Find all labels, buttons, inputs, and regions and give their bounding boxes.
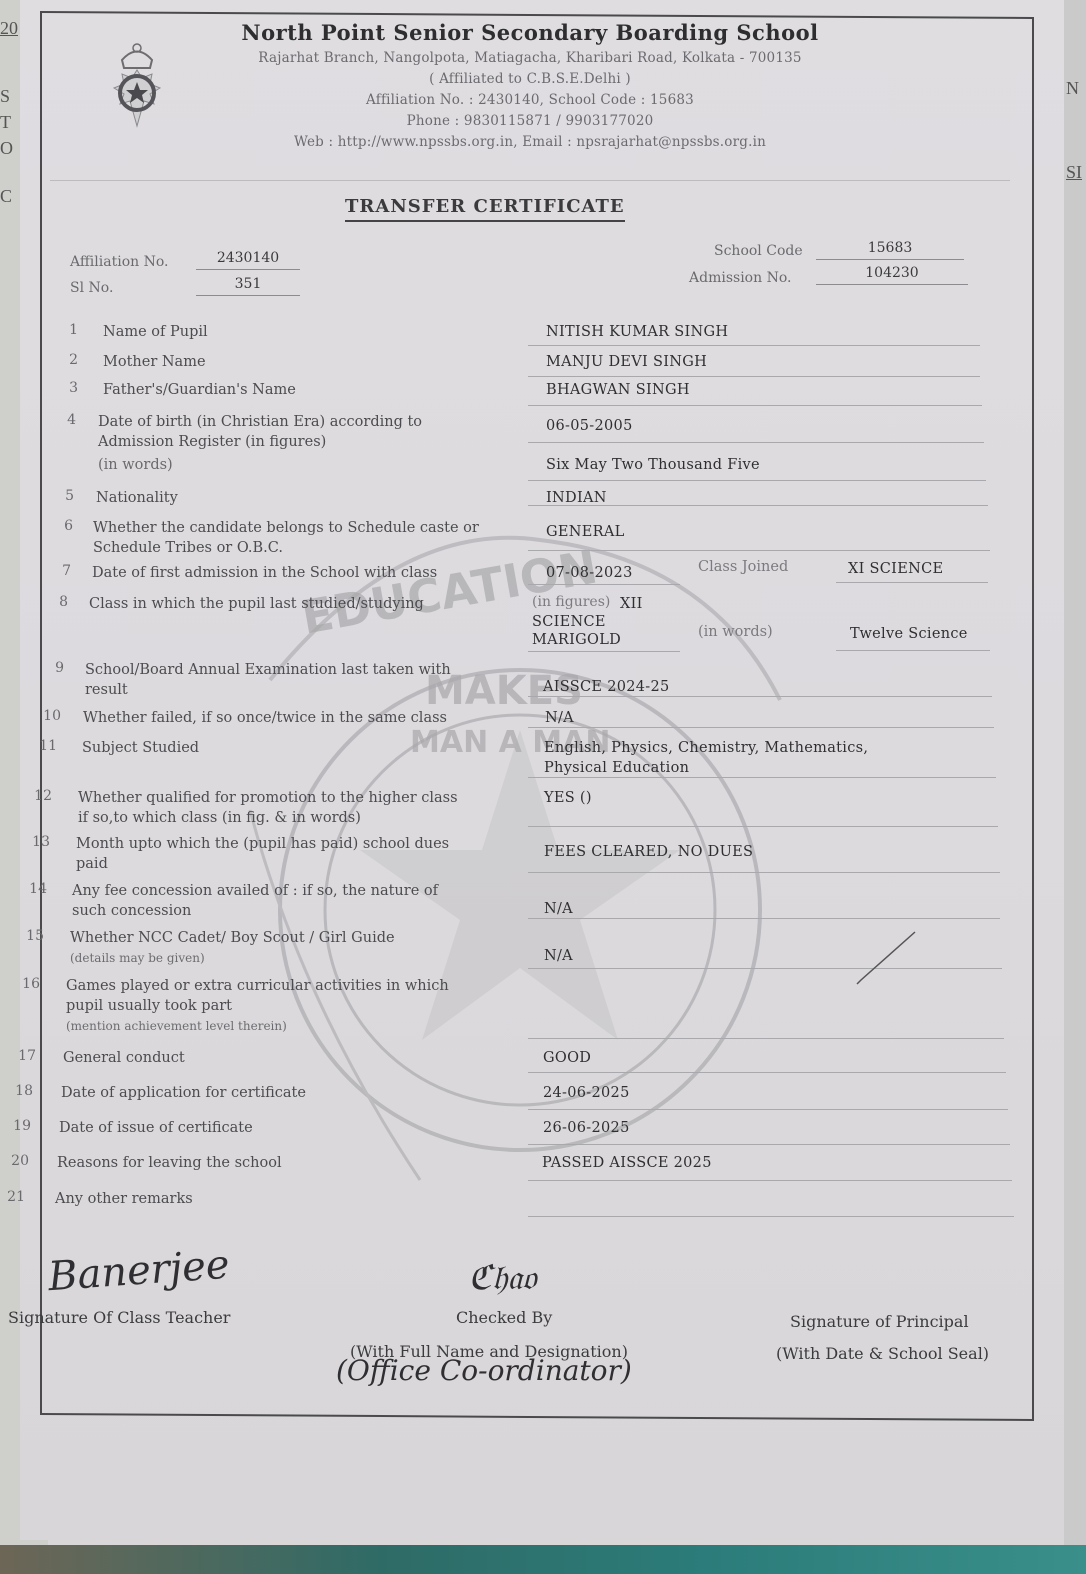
field-underline xyxy=(528,584,680,585)
field-label-line: Mother Name xyxy=(103,352,206,372)
school-code-label: School Code xyxy=(714,243,803,259)
field-value: 06-05-2005 xyxy=(546,416,633,436)
field-number: 10 xyxy=(39,708,61,724)
field-label: Date of first admission in the School wi… xyxy=(92,563,437,583)
field-label: Whether NCC Cadet/ Boy Scout / Girl Guid… xyxy=(70,928,395,968)
field-number: 13 xyxy=(28,834,50,850)
field-underline xyxy=(836,582,988,583)
field-extra-label: Class Joined xyxy=(698,559,788,575)
field-label-line: such concession xyxy=(72,901,438,921)
field-label-line: paid xyxy=(76,854,449,874)
field-number: 7 xyxy=(49,563,71,579)
field-label: General conduct xyxy=(63,1048,185,1068)
field-underline xyxy=(836,650,990,651)
field-label: Mother Name xyxy=(103,352,206,372)
field-number: 21 xyxy=(3,1189,25,1205)
field-underline xyxy=(528,1216,1014,1217)
background-page-right: N SI xyxy=(1064,0,1086,1574)
field-label-line: Date of application for certificate xyxy=(61,1083,306,1103)
field-value: Six May Two Thousand Five xyxy=(546,455,760,475)
field-label: Whether qualified for promotion to the h… xyxy=(78,788,458,828)
field-value: Physical Education xyxy=(544,758,689,778)
field-label-line: Admission Register (in figures) xyxy=(98,432,422,452)
field-underline xyxy=(528,1072,1006,1073)
field-underline xyxy=(528,550,990,551)
header-divider xyxy=(50,180,1010,181)
field-value: N/A xyxy=(545,708,574,728)
field-label-line: Date of birth (in Christian Era) accordi… xyxy=(98,412,422,432)
field-underline xyxy=(528,376,980,377)
field-label-line: General conduct xyxy=(63,1048,185,1068)
affiliation-note: ( Affiliated to C.B.S.E.Delhi ) xyxy=(200,71,860,87)
school-crest-icon xyxy=(102,38,172,133)
field-label: Subject Studied xyxy=(82,738,199,758)
field-label-line: (details may be given) xyxy=(70,948,395,968)
edge-fragment: N xyxy=(1066,78,1079,99)
field-label: Any other remarks xyxy=(55,1189,193,1209)
field-label-line: Schedule Tribes or O.B.C. xyxy=(93,538,479,558)
field-number: 18 xyxy=(11,1083,33,1099)
school-header: North Point Senior Secondary Boarding Sc… xyxy=(200,20,860,150)
field-value: GOOD xyxy=(543,1048,591,1068)
pen-tick-icon xyxy=(855,930,935,990)
field-value: 07-08-2023 xyxy=(546,563,633,583)
field-value: SCIENCE xyxy=(532,612,606,632)
checked-by-signature: ℭ𝔥𝔞𝔬 xyxy=(468,1258,536,1298)
field-label: Date of issue of certificate xyxy=(59,1118,253,1138)
field-label-line: Whether qualified for promotion to the h… xyxy=(78,788,458,808)
field-number: 5 xyxy=(52,488,74,504)
field-underline xyxy=(528,696,992,697)
field-value: PASSED AISSCE 2025 xyxy=(542,1153,712,1173)
edge-fragment: O xyxy=(0,138,13,159)
field-label-line: Reasons for leaving the school xyxy=(57,1153,282,1173)
school-code-value: 15683 xyxy=(816,240,964,260)
field-label-line: Class in which the pupil last studied/st… xyxy=(89,594,424,614)
field-number: 6 xyxy=(51,518,73,534)
field-label: Nationality xyxy=(96,488,178,508)
field-label: Date of application for certificate xyxy=(61,1083,306,1103)
field-label-line: Father's/Guardian's Name xyxy=(103,380,296,400)
field-underline xyxy=(528,345,980,346)
field-label-line: Date of issue of certificate xyxy=(59,1118,253,1138)
field-label-line: Games played or extra curricular activit… xyxy=(66,976,449,996)
field-underline xyxy=(528,1109,1008,1110)
field-number: 1 xyxy=(56,322,78,338)
field-label: Month upto which the (pupil has paid) sc… xyxy=(76,834,449,874)
field-label: Father's/Guardian's Name xyxy=(103,380,296,400)
school-name: North Point Senior Secondary Boarding Sc… xyxy=(200,20,860,45)
background-fabric xyxy=(0,1545,1086,1574)
field-number: 19 xyxy=(9,1118,31,1134)
field-label-line: Whether the candidate belongs to Schedul… xyxy=(93,518,479,538)
field-value: XII xyxy=(620,594,643,614)
admission-no-label: Admission No. xyxy=(689,270,791,286)
field-label-line: Whether NCC Cadet/ Boy Scout / Girl Guid… xyxy=(70,928,395,948)
field-underline xyxy=(528,826,998,827)
field-value: 24-06-2025 xyxy=(543,1083,630,1103)
affiliation-no-label: Affiliation No. xyxy=(70,254,168,270)
field-underline xyxy=(528,1180,1012,1181)
edge-fragment: SI xyxy=(1066,162,1082,183)
field-extra-label: (in words) xyxy=(698,624,773,640)
school-address: Rajarhat Branch, Nangolpota, Matiagacha,… xyxy=(200,50,860,66)
field-extra-value: Twelve Science xyxy=(850,624,968,644)
field-underline xyxy=(528,405,982,406)
checked-by-designation: (Office Co-ordinator) xyxy=(336,1354,632,1387)
sl-no-value: 351 xyxy=(196,276,300,296)
field-underline xyxy=(528,1144,1010,1145)
field-underline xyxy=(528,727,994,728)
field-label: Reasons for leaving the school xyxy=(57,1153,282,1173)
field-number: 8 xyxy=(46,594,68,610)
field-number: 9 xyxy=(42,660,64,676)
field-number: 15 xyxy=(22,928,44,944)
field-value: YES () xyxy=(544,788,592,808)
field-number: 20 xyxy=(7,1153,29,1169)
field-underline xyxy=(528,505,988,506)
field-underline xyxy=(528,480,986,481)
web-email-line: Web : http://www.npssbs.org.in, Email : … xyxy=(200,134,860,150)
edge-fragment: C xyxy=(0,186,12,207)
field-value: English, Physics, Chemistry, Mathematics… xyxy=(544,738,868,758)
field-extra-value: XI SCIENCE xyxy=(848,559,943,579)
field-label: Any fee concession availed of : if so, t… xyxy=(72,881,438,921)
field-label-line: School/Board Annual Examination last tak… xyxy=(85,660,451,680)
field-label-line: Month upto which the (pupil has paid) sc… xyxy=(76,834,449,854)
field-label: Class in which the pupil last studied/st… xyxy=(89,594,424,614)
field-number: 17 xyxy=(14,1048,36,1064)
page-title: TRANSFER CERTIFICATE xyxy=(345,196,625,222)
field-label-line: Any other remarks xyxy=(55,1189,193,1209)
field-label: Whether failed, if so once/twice in the … xyxy=(83,708,447,728)
principal-signature-label: Signature of Principal xyxy=(790,1312,969,1331)
field-label-line: Name of Pupil xyxy=(103,322,208,342)
edge-fragment: T xyxy=(0,112,11,133)
field-label: (in words) xyxy=(98,455,173,475)
sl-no-label: Sl No. xyxy=(70,280,113,296)
field-value: MARIGOLD xyxy=(532,630,621,650)
field-label-line: Whether failed, if so once/twice in the … xyxy=(83,708,447,728)
field-underline xyxy=(528,872,1000,873)
edge-fragment: S xyxy=(0,86,10,107)
field-value: BHAGWAN SINGH xyxy=(546,380,690,400)
field-value: 26-06-2025 xyxy=(543,1118,630,1138)
field-number: 3 xyxy=(56,380,78,396)
field-number: 12 xyxy=(30,788,52,804)
affiliation-line: Affiliation No. : 2430140, School Code :… xyxy=(200,92,860,108)
field-label: School/Board Annual Examination last tak… xyxy=(85,660,451,700)
field-number: 4 xyxy=(54,412,76,428)
field-label-line: Nationality xyxy=(96,488,178,508)
field-label-line: if so,to which class (in fig. & in words… xyxy=(78,808,458,828)
field-label-line: result xyxy=(85,680,451,700)
field-value: AISSCE 2024-25 xyxy=(543,677,670,697)
field-label: Whether the candidate belongs to Schedul… xyxy=(93,518,479,558)
affiliation-no-value: 2430140 xyxy=(196,250,300,270)
field-underline xyxy=(528,777,996,778)
edge-fragment: 20 xyxy=(0,18,18,39)
field-underline xyxy=(528,442,984,443)
field-underline xyxy=(528,918,1000,919)
class-teacher-signature-label: Signature Of Class Teacher xyxy=(8,1308,230,1327)
phone-line: Phone : 9830115871 / 9903177020 xyxy=(200,113,860,129)
field-value-prefix: (in figures) xyxy=(532,594,610,610)
field-value: FEES CLEARED, NO DUES xyxy=(544,842,753,862)
checked-by-label: Checked By xyxy=(456,1308,552,1327)
field-number: 16 xyxy=(18,976,40,992)
field-value: NITISH KUMAR SINGH xyxy=(546,322,728,342)
field-underline xyxy=(528,651,680,652)
field-number: 2 xyxy=(56,352,78,368)
field-label: Name of Pupil xyxy=(103,322,208,342)
field-value: MANJU DEVI SINGH xyxy=(546,352,707,372)
field-label-line: Date of first admission in the School wi… xyxy=(92,563,437,583)
field-value: N/A xyxy=(544,946,573,966)
field-label-line: Subject Studied xyxy=(82,738,199,758)
field-value: GENERAL xyxy=(546,522,625,542)
field-label: Date of birth (in Christian Era) accordi… xyxy=(98,412,422,452)
principal-sub-label: (With Date & School Seal) xyxy=(776,1344,989,1363)
field-value: N/A xyxy=(544,899,573,919)
field-number: 11 xyxy=(35,738,57,754)
field-label-note: (mention achievement level therein) xyxy=(66,1016,449,1036)
field-label-line: pupil usually took part xyxy=(66,996,449,1016)
field-number: 14 xyxy=(25,881,47,897)
field-label: Games played or extra curricular activit… xyxy=(66,976,449,1036)
admission-no-value: 104230 xyxy=(816,265,968,285)
field-label-line: Any fee concession availed of : if so, t… xyxy=(72,881,438,901)
field-underline xyxy=(528,1038,1004,1039)
